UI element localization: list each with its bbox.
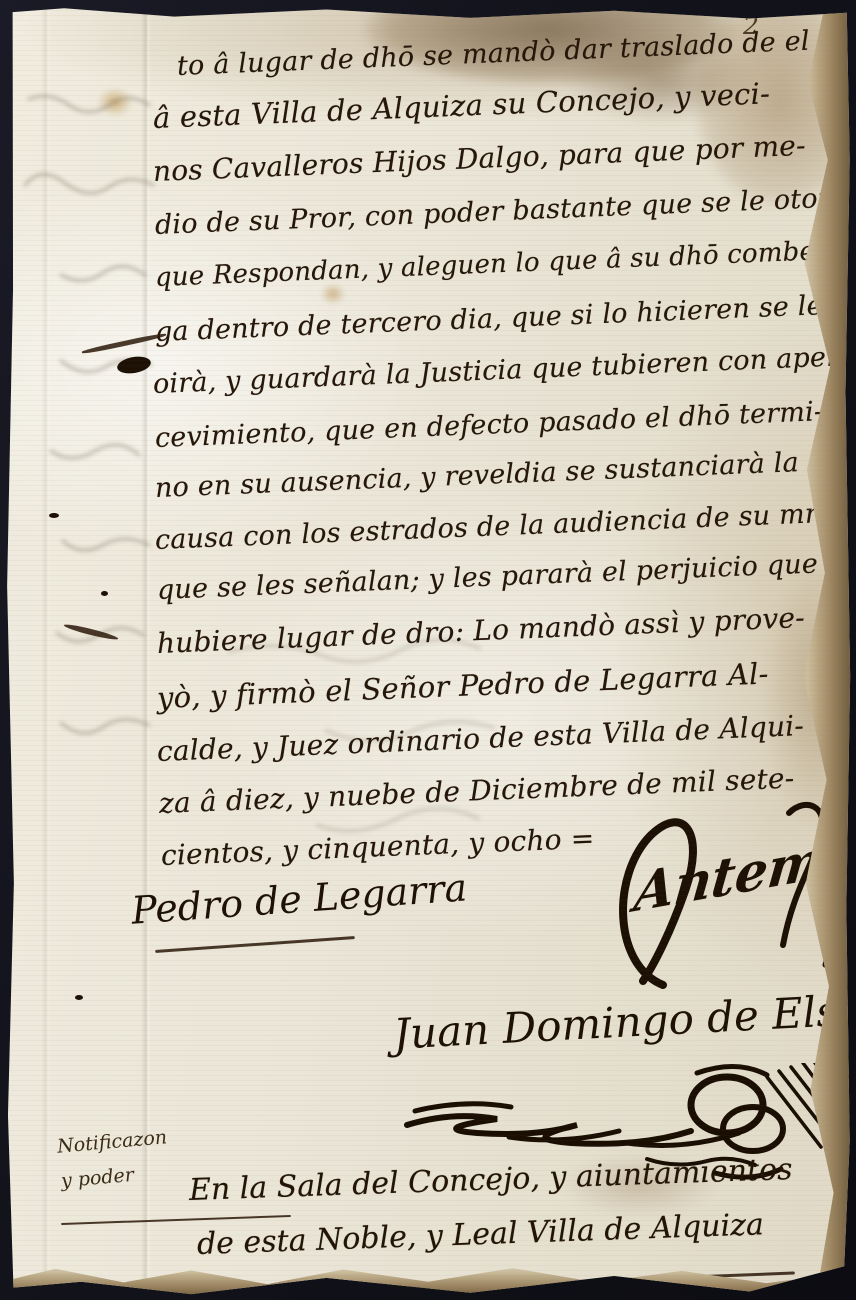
gutter-fold [41, 5, 51, 1296]
margin-note-line2: y poder [60, 1164, 135, 1192]
manuscript-line: ga dentro de tercero dia, que si lo hici… [154, 290, 837, 348]
manuscript-line: oirà, y guardarà la Justicia que tubiere… [152, 341, 849, 400]
stain-spot-mid [320, 283, 346, 305]
torn-bottom-page-edge [5, 1262, 851, 1296]
margin-note-line1: Notificazon [56, 1126, 168, 1158]
ink-stroke-margin-2 [63, 622, 119, 641]
vertical-crease [141, 5, 151, 1296]
manuscript-line: cevimiento, que en defecto pasado el dhō… [154, 396, 823, 454]
ink-stroke-margin-1 [81, 332, 166, 355]
manuscript-line: â esta Villa de Alquiza su Concejo, y ve… [152, 76, 770, 135]
ink-speck-1 [49, 513, 59, 518]
showthrough-ghost-left [9, 65, 159, 825]
signature-rubric-stroke [155, 936, 355, 953]
manuscript-line: dio de su Pror, con poder bastante que s… [154, 182, 840, 240]
manuscript-line: calde, y Juez ordinario de esta Villa de… [156, 709, 804, 768]
underline-stroke-margin [61, 1215, 291, 1225]
signature-juan-domingo: Juan Domingo de Elsta [392, 984, 856, 1058]
manuscript-line: hubiere lugar de dro: Lo mandò assì y pr… [156, 601, 805, 660]
manuscript-line: que Respondan, y aleguen lo que â su dhō… [154, 235, 841, 293]
ink-speck-2 [101, 591, 108, 596]
manuscript-line: que se les señalan; y les pararà el perj… [156, 548, 818, 606]
manuscript-line: causa con los estrados de la audiencia d… [154, 497, 844, 556]
signature-pedro-de-legarra: Pedro de Legarra [130, 865, 469, 932]
manuscript-line: yò, y firmò el Señor Pedro de Legarra Al… [156, 656, 769, 715]
manuscript-line: nos Cavalleros Hijos Dalgo, para que por… [152, 129, 806, 188]
manuscript-page: 2 to â lugar de dhō se mandò dar traslad… [5, 5, 851, 1296]
stain-spot-left [97, 87, 133, 117]
manuscript-line: no en su ausencia, y reveldia se sustanc… [154, 447, 799, 504]
manuscript-line: to â lugar de dhō se mandò dar traslado … [176, 26, 810, 82]
manuscript-photo: 2 to â lugar de dhō se mandò dar traslad… [0, 0, 856, 1300]
manuscript-line: cientos, y cinquenta, y ocho = [160, 822, 595, 872]
ink-speck-3 [75, 995, 83, 1000]
